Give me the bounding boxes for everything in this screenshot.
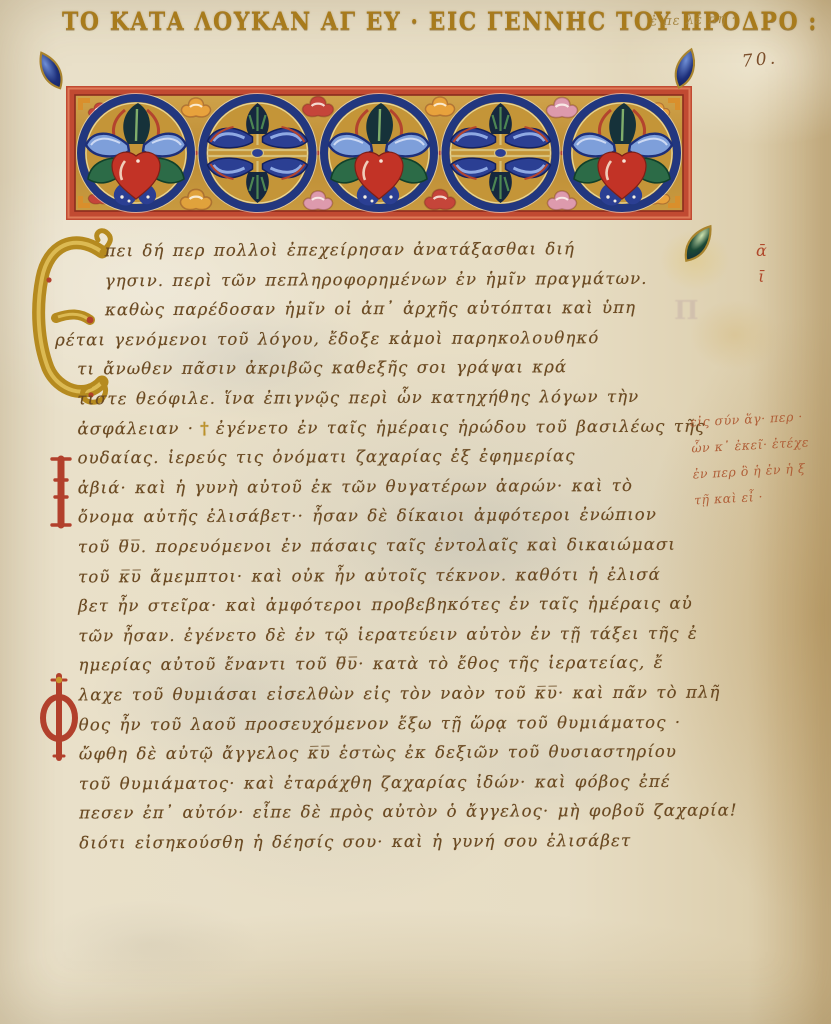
body-line: λαχε τοῦ θυμιάσαι εἰσελθὼν εἰς τὸν ναὸν … xyxy=(79,683,715,715)
headpiece-ornament xyxy=(66,86,692,220)
title-annotation: ἐ πε λέ πη · xyxy=(650,11,737,29)
margin-note-line: τῇ καὶ εἶ · xyxy=(693,480,828,513)
medallion-heart xyxy=(77,94,195,212)
medallion-palmette xyxy=(199,94,317,212)
body-line-segment: ἀσφάλειαν · xyxy=(77,418,194,438)
body-text: πει δή περ πολλοὶ ἐπεχείρησαν ἀνατάξασθα… xyxy=(77,239,716,863)
body-line: θος ἦν τοῦ λαοῦ προσευχόμενον ἔξω τῇ ὥρᾳ… xyxy=(79,712,715,744)
body-line: ρέται γενόμενοι τοῦ λόγου, ἔδοξε κἀμοὶ π… xyxy=(55,327,713,359)
body-line: ὤφθη δὲ αὐτῷ ἄγγελος κ̅υ̅ ἑστὼς ἐκ δεξιῶ… xyxy=(79,742,715,774)
body-line: ημερίας αὐτοῦ ἔναντι τοῦ θ̅υ̅· κατὰ τὸ ἔ… xyxy=(78,653,714,685)
body-line-segment: ἐγένετο ἐν ταῖς ἡμέραις ἡρώδου τοῦ βασιλ… xyxy=(216,416,706,437)
body-line: διότι εἰσηκούσθη ἡ δέησίς σου· καὶ ἡ γυν… xyxy=(79,830,715,862)
medallion-heart xyxy=(563,94,681,212)
body-line: ἀσφάλειαν ·†ἐγένετο ἐν ταῖς ἡμέραις ἡρώδ… xyxy=(77,416,713,448)
body-line: καθὼς παρέδοσαν ἡμῖν οἱ ἀπ᾽ ἀρχῆς αὐτόπτ… xyxy=(77,298,713,330)
bleedthrough-letter: Π xyxy=(674,296,699,326)
page-title: ΤΟ ΚΑΤΑ ΛΟΥΚΑΝ ΑΓ ΕΥ · ΕΙϹ ΓΕΝΝΗϹ ΤΟΥ ΠΡ… xyxy=(62,7,652,36)
folio-number: 70. xyxy=(741,48,779,72)
section-cross-icon: † xyxy=(194,418,216,437)
body-line: τοῦ κ̅υ̅ ἄμεμπτοι· καὶ οὐκ ἦν αὐτοῖς τέκ… xyxy=(78,564,714,596)
teardrop-ornament-top-left xyxy=(34,48,68,94)
teardrop-ornament-top-right xyxy=(668,46,702,92)
medallion-palmette xyxy=(442,94,560,212)
body-line: γησιν. περὶ τῶν πεπληροφορημένων ἐν ἡμῖν… xyxy=(77,268,713,300)
section-numbers: ᾱ ῑ xyxy=(756,238,767,290)
medallion-heart xyxy=(320,94,438,212)
body-line: τιστε θεόφιλε. ἵνα ἐπιγνῷς περὶ ὧν κατηχ… xyxy=(77,387,713,419)
body-line: τοῦ θυμιάματος· καὶ ἐταράχθη ζαχαρίας ἰδ… xyxy=(79,771,715,803)
body-line: πει δή περ πολλοὶ ἐπεχείρησαν ἀνατάξασθα… xyxy=(77,239,713,271)
body-line: ουδαίας. ἱερεύς τις ὀνόματι ζαχαρίας ἐξ … xyxy=(78,446,714,478)
body-line: βετ ἦν στεῖρα· καὶ ἀμφότεροι προβεβηκότε… xyxy=(78,594,714,626)
body-line: ἀβιά· καὶ ἡ γυνὴ αὐτοῦ ἐκ τῶν θυγατέρων … xyxy=(78,475,714,507)
body-line: τῶν ἦσαν. ἐγένετο δὲ ἐν τῷ ἱερατεύειν αὐ… xyxy=(78,623,714,655)
manuscript-page: ΤΟ ΚΑΤΑ ΛΟΥΚΑΝ ΑΓ ΕΥ · ΕΙϹ ΓΕΝΝΗϹ ΤΟΥ ΠΡ… xyxy=(0,0,831,1024)
body-line: πεσεν ἐπ᾽ αὐτόν· εἶπε δὲ πρὸς αὐτὸν ὁ ἄγ… xyxy=(79,801,715,833)
initial-phi xyxy=(36,668,82,764)
section-number-iota: ῑ xyxy=(756,264,767,290)
body-line: ὄνομα αὐτῆς ἐλισάβετ·· ἦσαν δὲ δίκαιοι ἀ… xyxy=(78,505,714,537)
section-number-alpha: ᾱ xyxy=(756,238,767,264)
body-line: τοῦ θ̅υ̅. πορευόμενοι ἐν πάσαις ταῖς ἐντ… xyxy=(78,535,714,567)
initial-iota xyxy=(48,452,74,532)
parchment-stain xyxy=(40,900,260,990)
body-line: τι ἄνωθεν πᾶσιν ἀκριβῶς καθεξῆς σοι γράψ… xyxy=(77,357,713,389)
margin-note: εἰς σύν ἅγ· περ · ὧν κ᾽ ἐκεῖ· ἐτέχε ἐν π… xyxy=(689,403,828,514)
